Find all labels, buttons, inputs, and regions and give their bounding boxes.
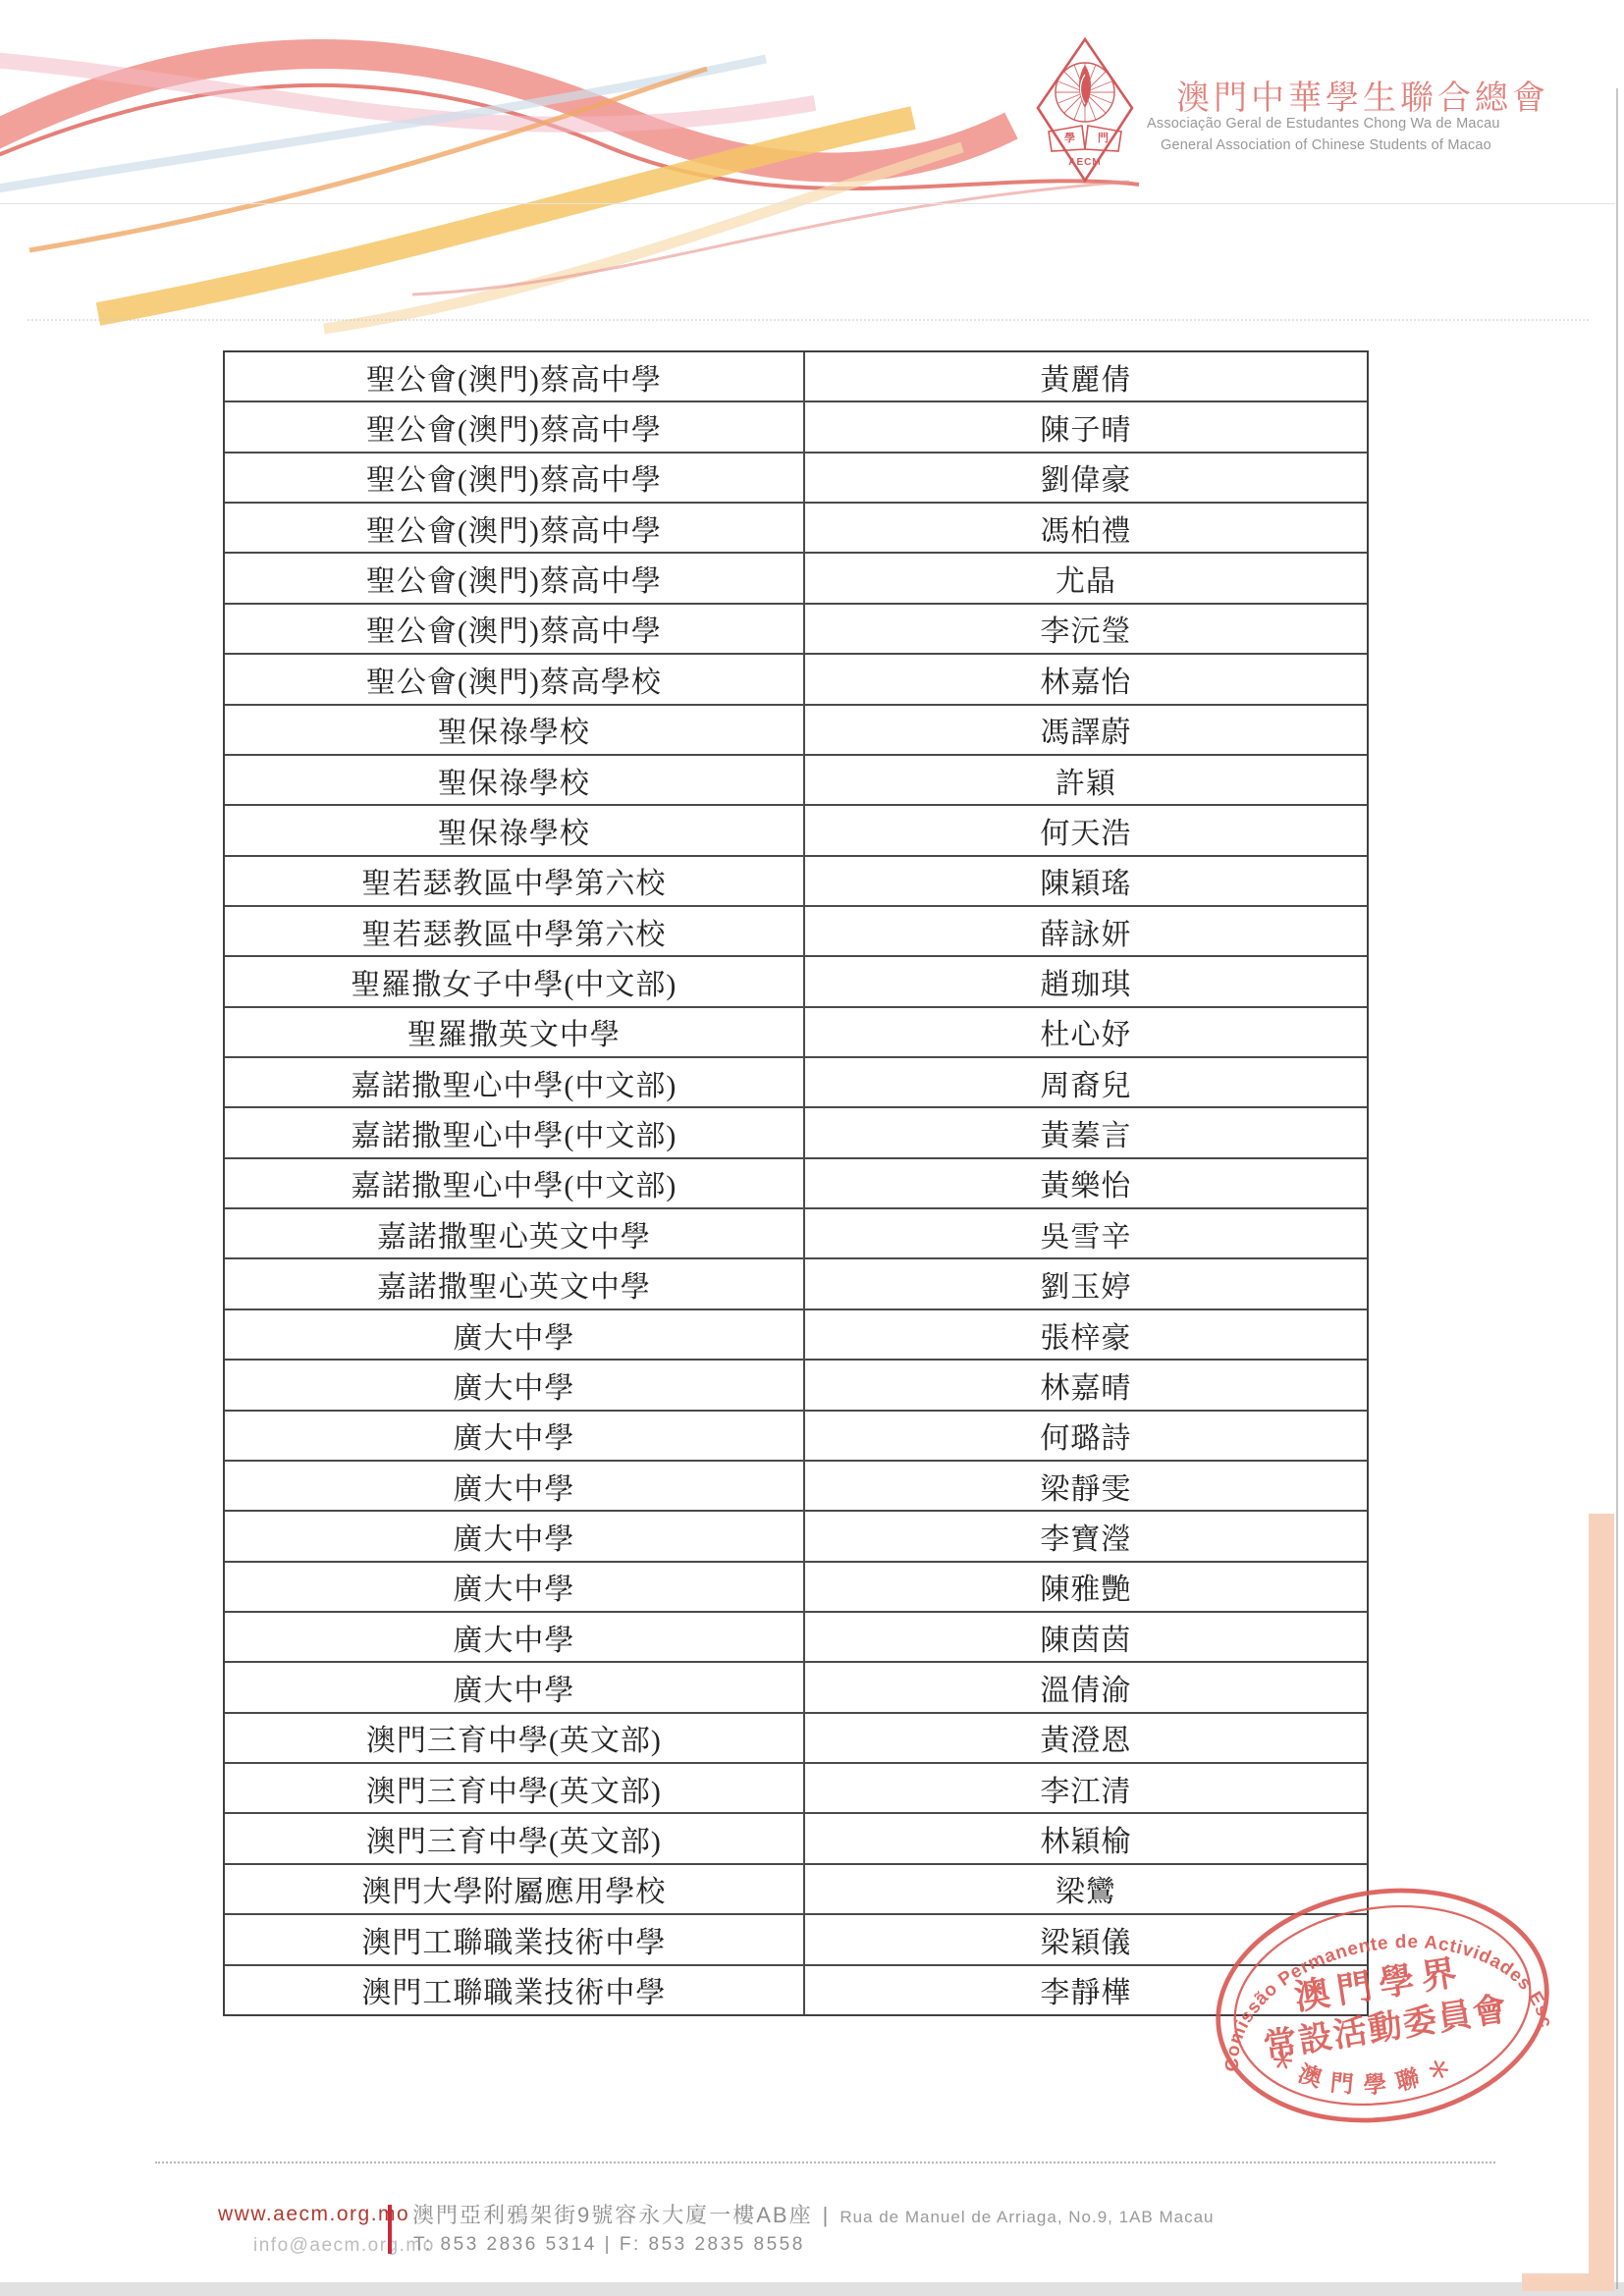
table-row: 廣大中學張梓豪 xyxy=(225,1310,1367,1361)
student-name-cell: 杜心妤 xyxy=(805,1008,1367,1056)
student-name-cell: 李沅瑩 xyxy=(805,605,1367,653)
footer-email: info@aecm.org.mo xyxy=(253,2235,435,2257)
table-row: 嘉諾撒聖心中學(中文部)周裔兒 xyxy=(225,1058,1367,1108)
student-name-cell: 林穎榆 xyxy=(805,1814,1367,1862)
student-name-cell: 吳雪辛 xyxy=(805,1209,1367,1257)
school-cell: 聖公會(澳門)蔡高學校 xyxy=(225,655,805,703)
table-row: 聖保祿學校許穎 xyxy=(225,756,1367,806)
table-row: 廣大中學陳雅艷 xyxy=(225,1563,1367,1613)
student-name-cell: 梁鸞 xyxy=(805,1865,1367,1913)
school-cell: 澳門大學附屬應用學校 xyxy=(225,1865,805,1913)
table-row: 聖公會(澳門)蔡高中學劉偉豪 xyxy=(225,454,1367,504)
table-row: 聖若瑟教區中學第六校薛詠妍 xyxy=(225,907,1367,957)
student-name-cell: 陳穎瑤 xyxy=(805,857,1367,905)
footer-address-separator: | xyxy=(813,2203,840,2227)
student-name-cell: 黃麗倩 xyxy=(805,352,1367,400)
footer-phone-fax: T: 853 2836 5314 | F: 853 2835 8558 xyxy=(413,2234,805,2256)
school-cell: 聖羅撒英文中學 xyxy=(225,1008,805,1056)
school-cell: 澳門工聯職業技術中學 xyxy=(225,1966,805,2014)
student-name-cell: 許穎 xyxy=(805,756,1367,804)
table-row: 聖羅撒英文中學杜心妤 xyxy=(225,1008,1367,1058)
student-name-cell: 馮譯蔚 xyxy=(805,706,1367,754)
table-row: 聖公會(澳門)蔡高學校林嘉怡 xyxy=(225,655,1367,705)
school-cell: 澳門三育中學(英文部) xyxy=(225,1814,805,1862)
school-cell: 聖若瑟教區中學第六校 xyxy=(225,857,805,905)
school-cell: 廣大中學 xyxy=(225,1412,805,1460)
table-row: 嘉諾撒聖心中學(中文部)黃樂怡 xyxy=(225,1159,1367,1209)
student-name-cell: 陳茵茵 xyxy=(805,1613,1367,1661)
org-name-chinese: 澳門中華學生聯合總會 xyxy=(1176,71,1549,119)
school-cell: 聖公會(澳門)蔡高中學 xyxy=(225,605,805,653)
table-row: 澳門三育中學(英文部)林穎榆 xyxy=(225,1814,1367,1864)
table-row: 聖公會(澳門)蔡高中學李沅瑩 xyxy=(225,605,1367,655)
table-row: 廣大中學何璐詩 xyxy=(225,1412,1367,1462)
table-row: 澳門大學附屬應用學校梁鸞 xyxy=(225,1865,1367,1915)
student-name-cell: 何璐詩 xyxy=(805,1412,1367,1460)
student-name-cell: 陳雅艷 xyxy=(805,1563,1367,1611)
school-cell: 廣大中學 xyxy=(225,1563,805,1611)
table-row: 嘉諾撒聖心英文中學劉玉婷 xyxy=(225,1259,1367,1309)
org-name-portuguese: Associação Geral de Estudantes Chong Wa … xyxy=(1147,116,1500,132)
school-cell: 聖公會(澳門)蔡高中學 xyxy=(225,504,805,552)
table-row: 聖羅撒女子中學(中文部)趙珈琪 xyxy=(225,957,1367,1007)
school-cell: 嘉諾撒聖心英文中學 xyxy=(225,1209,805,1257)
table-row: 廣大中學李寶瀅 xyxy=(225,1512,1367,1562)
table-row: 澳門工聯職業技術中學梁穎儀 xyxy=(225,1915,1367,1965)
table-row: 聖保祿學校何天浩 xyxy=(225,806,1367,856)
student-roster-table: 聖公會(澳門)蔡高中學黃麗倩聖公會(澳門)蔡高中學陳子晴聖公會(澳門)蔡高中學劉… xyxy=(223,350,1369,2016)
school-cell: 聖保祿學校 xyxy=(225,706,805,754)
footer-website: www.aecm.org.mo xyxy=(218,2203,409,2226)
student-name-cell: 梁靜雯 xyxy=(805,1462,1367,1510)
table-row: 廣大中學陳茵茵 xyxy=(225,1613,1367,1663)
scan-bottom-shadow xyxy=(0,2282,1624,2296)
school-cell: 聖公會(澳門)蔡高中學 xyxy=(225,554,805,602)
logo-book-left-char: 學 xyxy=(1063,131,1075,144)
school-cell: 嘉諾撒聖心中學(中文部) xyxy=(225,1108,805,1156)
table-row: 聖公會(澳門)蔡高中學尤晶 xyxy=(225,554,1367,604)
school-cell: 聖公會(澳門)蔡高中學 xyxy=(225,454,805,502)
school-cell: 廣大中學 xyxy=(225,1512,805,1560)
student-name-cell: 林嘉晴 xyxy=(805,1361,1367,1409)
student-name-cell: 周裔兒 xyxy=(805,1058,1367,1106)
school-cell: 廣大中學 xyxy=(225,1310,805,1359)
student-name-cell: 林嘉怡 xyxy=(805,655,1367,703)
table-row: 聖若瑟教區中學第六校陳穎瑤 xyxy=(225,857,1367,907)
footer-address-latin: Rua de Manuel de Arriaga, No.9, 1AB Maca… xyxy=(839,2208,1214,2226)
school-cell: 澳門三育中學(英文部) xyxy=(225,1714,805,1762)
footer-divider-line xyxy=(155,2162,1495,2163)
student-name-cell: 趙珈琪 xyxy=(805,957,1367,1005)
student-name-cell: 李靜樺 xyxy=(805,1966,1367,2014)
stamp-ring-bottom-text: ＊澳門學聯＊ xyxy=(1262,2016,1467,2116)
student-name-cell: 張梓豪 xyxy=(805,1310,1367,1359)
school-cell: 廣大中學 xyxy=(225,1462,805,1510)
school-cell: 澳門工聯職業技術中學 xyxy=(225,1915,805,1963)
pink-page-edge-vertical xyxy=(1589,1514,1614,2279)
student-name-cell: 黃蓁言 xyxy=(805,1108,1367,1156)
table-row: 聖公會(澳門)蔡高中學馮柏禮 xyxy=(225,504,1367,554)
table-row: 聖公會(澳門)蔡高中學黃麗倩 xyxy=(225,352,1367,402)
faint-dotted-line xyxy=(27,319,1589,321)
table-row: 聖保祿學校馮譯蔚 xyxy=(225,706,1367,756)
student-name-cell: 何天浩 xyxy=(805,806,1367,854)
student-name-cell: 陳子晴 xyxy=(805,402,1367,451)
school-cell: 廣大中學 xyxy=(225,1361,805,1409)
logo-acronym: AECM xyxy=(1068,157,1101,168)
letterhead-divider-line xyxy=(0,203,1615,204)
footer-red-bar xyxy=(388,2205,392,2254)
student-name-cell: 黃樂怡 xyxy=(805,1159,1367,1207)
school-cell: 嘉諾撒聖心中學(中文部) xyxy=(225,1058,805,1106)
table-row: 廣大中學溫倩渝 xyxy=(225,1663,1367,1713)
school-cell: 澳門三育中學(英文部) xyxy=(225,1764,805,1812)
student-name-cell: 劉玉婷 xyxy=(805,1259,1367,1308)
student-name-cell: 黃澄恩 xyxy=(805,1714,1367,1762)
student-name-cell: 梁穎儀 xyxy=(805,1915,1367,1963)
school-cell: 廣大中學 xyxy=(225,1663,805,1711)
org-name-english: General Association of Chinese Students … xyxy=(1161,137,1491,153)
student-name-cell: 溫倩渝 xyxy=(805,1663,1367,1711)
school-cell: 聖羅撒女子中學(中文部) xyxy=(225,957,805,1005)
school-cell: 嘉諾撒聖心英文中學 xyxy=(225,1259,805,1308)
school-cell: 聖若瑟教區中學第六校 xyxy=(225,907,805,955)
school-cell: 嘉諾撒聖心中學(中文部) xyxy=(225,1159,805,1207)
student-name-cell: 馮柏禮 xyxy=(805,504,1367,552)
student-name-cell: 劉偉豪 xyxy=(805,454,1367,502)
student-name-cell: 李寶瀅 xyxy=(805,1512,1367,1560)
school-cell: 聖保祿學校 xyxy=(225,756,805,804)
school-cell: 聖公會(澳門)蔡高中學 xyxy=(225,352,805,400)
aecm-logo: 學 門 AECM xyxy=(1029,35,1142,187)
table-row: 嘉諾撒聖心英文中學吳雪辛 xyxy=(225,1209,1367,1259)
table-row: 聖公會(澳門)蔡高中學陳子晴 xyxy=(225,402,1367,453)
student-name-cell: 尤晶 xyxy=(805,554,1367,602)
student-name-cell: 薛詠妍 xyxy=(805,907,1367,955)
table-row: 澳門三育中學(英文部)李江清 xyxy=(225,1764,1367,1814)
scanned-document-page: 學 門 AECM 澳門中華學生聯合總會 Associação Geral de … xyxy=(0,0,1624,2296)
table-row: 澳門三育中學(英文部)黃澄恩 xyxy=(225,1714,1367,1764)
footer-address: 澳門亞利鴉架街9號容永大廈一樓AB座|Rua de Manuel de Arri… xyxy=(412,2199,1215,2229)
table-row: 廣大中學林嘉晴 xyxy=(225,1361,1367,1411)
logo-book-right-char: 門 xyxy=(1098,131,1109,144)
school-cell: 聖保祿學校 xyxy=(225,806,805,854)
footer-address-chinese: 澳門亞利鴉架街9號容永大廈一樓AB座 xyxy=(412,2203,813,2227)
student-name-cell: 李江清 xyxy=(805,1764,1367,1812)
table-row: 澳門工聯職業技術中學李靜樺 xyxy=(225,1966,1367,2014)
scan-right-edge-line xyxy=(1616,88,1618,2289)
pink-page-edge-horizontal xyxy=(1522,2273,1614,2291)
school-cell: 廣大中學 xyxy=(225,1613,805,1661)
school-cell: 聖公會(澳門)蔡高中學 xyxy=(225,402,805,451)
table-row: 嘉諾撒聖心中學(中文部)黃蓁言 xyxy=(225,1108,1367,1158)
table-row: 廣大中學梁靜雯 xyxy=(225,1462,1367,1512)
